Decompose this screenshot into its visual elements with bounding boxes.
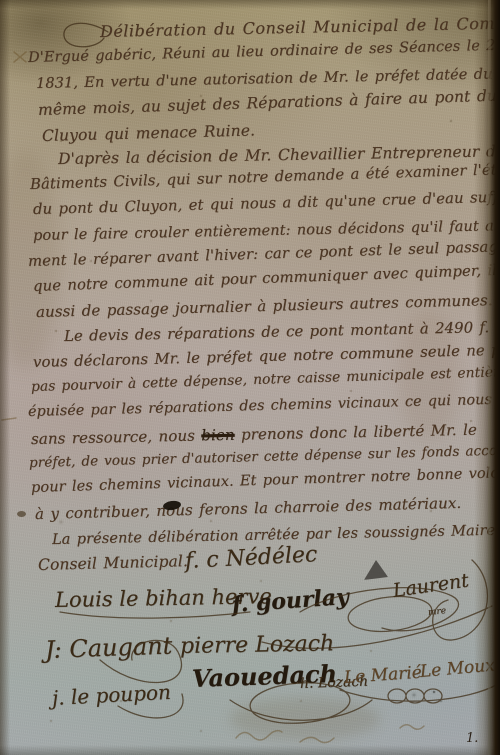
page-edge-bottom [0, 745, 500, 755]
stain [230, 698, 380, 740]
page-edge-top [0, 0, 500, 9]
signature-pierre-lozach: pierre Lozach [180, 631, 335, 659]
page-edge-left [0, 0, 10, 755]
ink-blot [17, 511, 26, 517]
signature-caugant: J: Caugant [45, 632, 173, 664]
line-segment: sans ressource, nous [31, 426, 202, 448]
struck-word: bien [201, 426, 235, 445]
signature-laurent-title: mre [427, 606, 446, 618]
manuscript-photo: Délibération du Conseil Municipal de la … [0, 0, 500, 755]
page-number-mark: 1. [466, 731, 478, 746]
